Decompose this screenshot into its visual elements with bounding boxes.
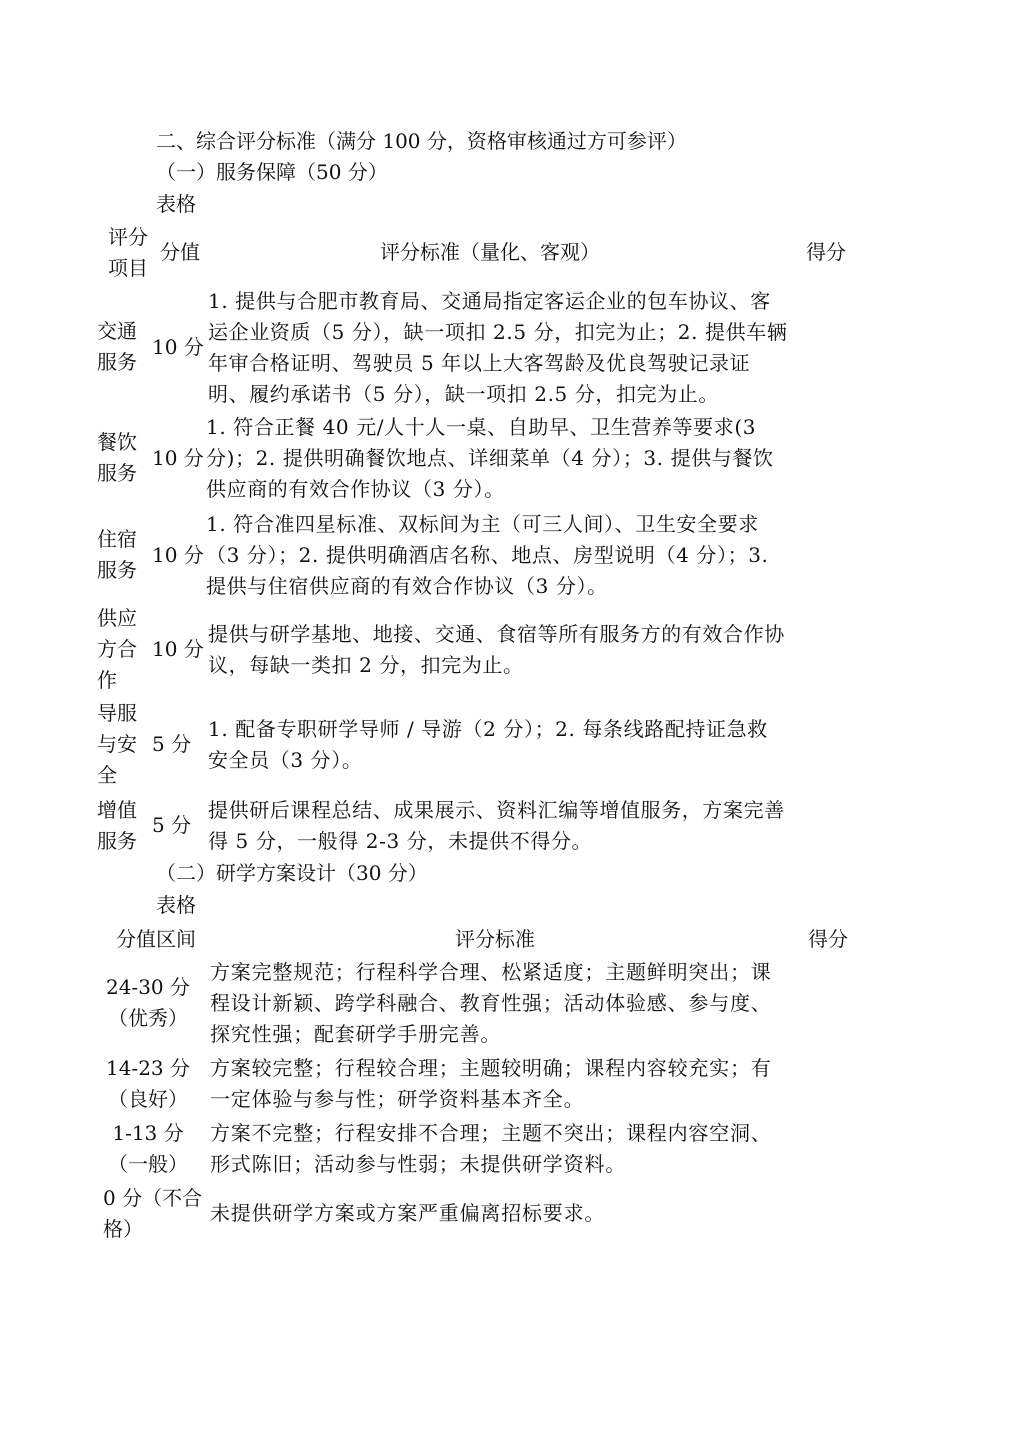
header-score: 分值: [160, 237, 200, 268]
row-score: 10 分: [152, 540, 204, 571]
row-criteria: 1. 符合正餐 40 元/人十人一桌、自助早、卫生营养等要求(3 分)；2. 提…: [206, 412, 786, 505]
row-range: 0 分（不合格）: [103, 1183, 207, 1245]
row-criteria: 1. 提供与合肥市教育局、交通局指定客运企业的包车协议、客运企业资质（5 分），…: [208, 286, 788, 410]
row-criteria: 1. 符合准四星标准、双标间为主（可三人间）、卫生安全要求（3 分）；2. 提供…: [206, 509, 786, 602]
section1-title: （一）服务保障（50 分）: [156, 157, 388, 188]
row-criteria: 方案较完整；行程较合理；主题较明确；课程内容较充实；有一定体验与参与性；研学资料…: [210, 1053, 790, 1115]
section2-title: （二）研学方案设计（30 分）: [156, 858, 428, 889]
row-criteria: 提供与研学基地、地接、交通、食宿等所有服务方的有效合作协议，每缺一类扣 2 分，…: [208, 619, 788, 681]
header-got: 得分: [808, 924, 848, 955]
row-criteria: 未提供研学方案或方案严重偏离招标要求。: [210, 1198, 790, 1229]
header-criteria: 评分标准: [455, 924, 535, 955]
section2-table-label: 表格: [156, 890, 196, 921]
header-got: 得分: [806, 237, 846, 268]
row-range: 1-13 分（一般）: [100, 1118, 196, 1180]
main-heading: 二、综合评分标准（满分 100 分，资格审核通过方可参评）: [156, 126, 687, 157]
row-criteria: 1. 配备专职研学导师 / 导游（2 分）；2. 每条线路配持证急救安全员（3 …: [208, 714, 788, 776]
row-item: 餐饮服务: [97, 427, 145, 489]
row-score: 10 分: [152, 634, 204, 665]
row-score: 10 分: [152, 332, 204, 363]
header-item: 评分项目: [104, 222, 152, 284]
header-criteria: 评分标准（量化、客观）: [380, 237, 600, 268]
row-item: 供应方合作: [97, 603, 145, 696]
row-criteria: 提供研后课程总结、成果展示、资料汇编等增值服务，方案完善得 5 分，一般得 2-…: [208, 795, 788, 857]
row-score: 5 分: [152, 810, 191, 841]
header-range: 分值区间: [116, 924, 196, 955]
row-criteria: 方案不完整；行程安排不合理；主题不突出；课程内容空洞、形式陈旧；活动参与性弱；未…: [210, 1118, 790, 1180]
row-item: 增值服务: [97, 795, 145, 857]
row-score: 10 分: [152, 443, 204, 474]
row-score: 5 分: [152, 729, 191, 760]
section1-table-label: 表格: [156, 189, 196, 220]
row-item: 住宿服务: [97, 524, 145, 586]
row-criteria: 方案完整规范；行程科学合理、松紧适度；主题鲜明突出；课程设计新颖、跨学科融合、教…: [210, 957, 790, 1050]
row-item: 导服与安全: [97, 698, 145, 791]
row-range: 24-30 分（优秀）: [100, 972, 196, 1034]
row-item: 交通服务: [97, 316, 145, 378]
row-range: 14-23 分（良好）: [100, 1053, 196, 1115]
